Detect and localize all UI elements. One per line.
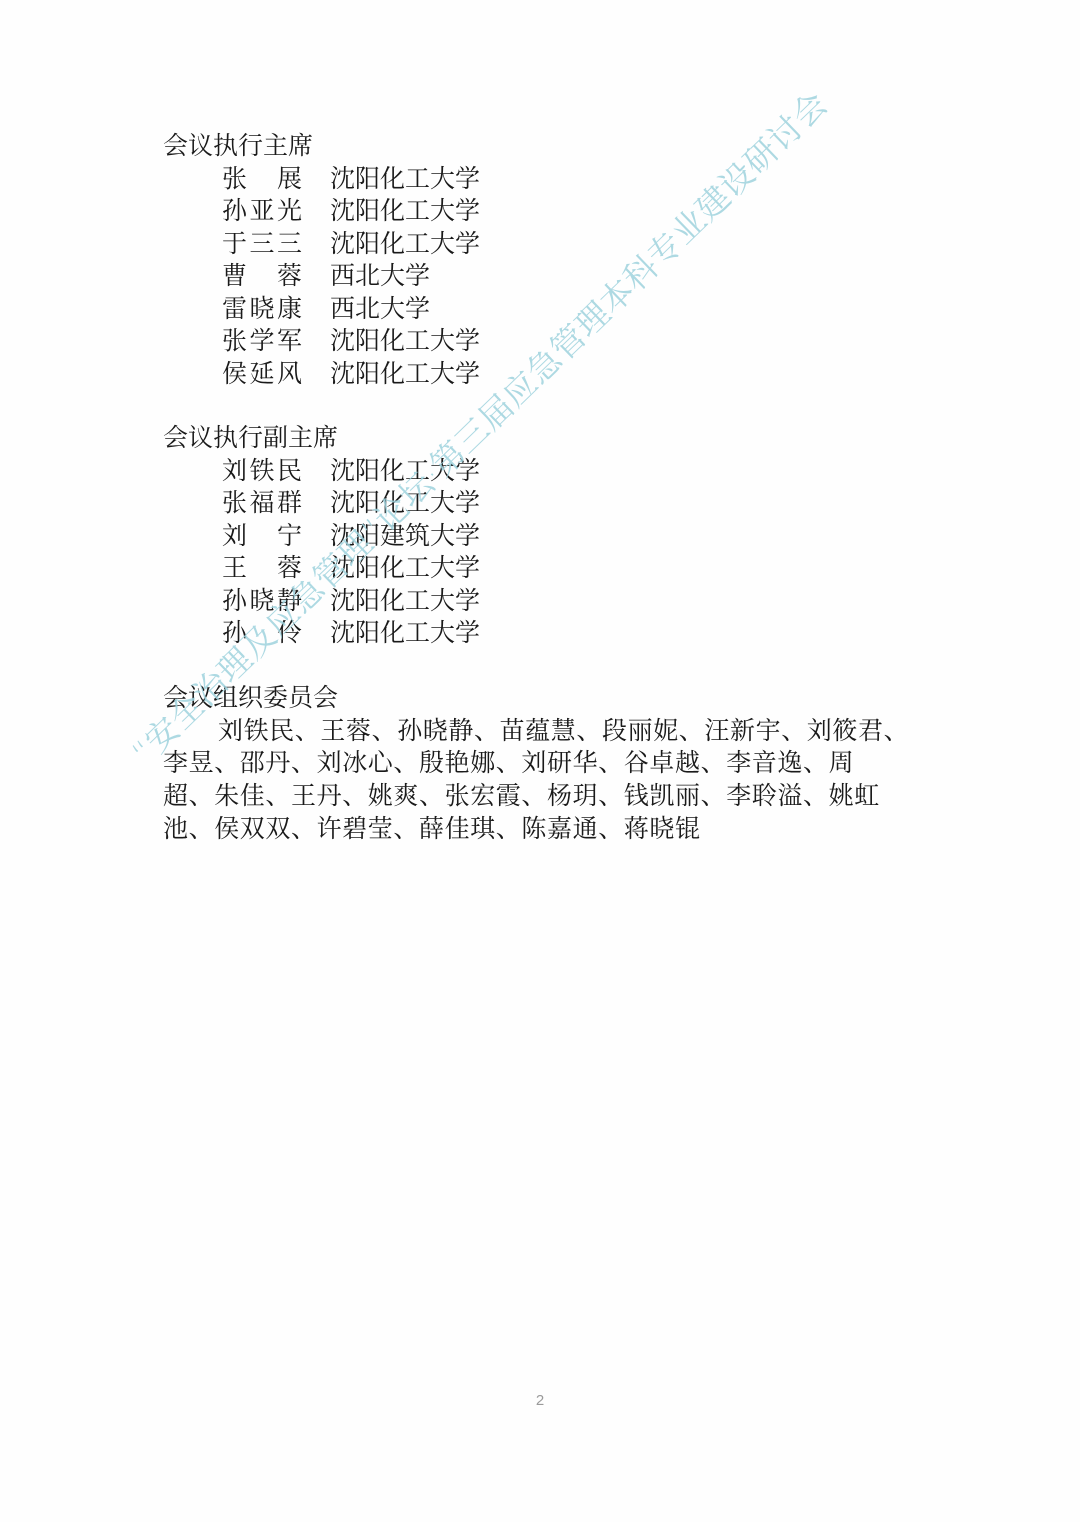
page-number: 2: [0, 1392, 1080, 1409]
member-name: 王蓉: [222, 552, 302, 585]
executive-chairs-section: 会议执行主席 张展沈阳化工大学孙亚光沈阳化工大学于三三沈阳化工大学曹蓉西北大学雷…: [163, 130, 943, 390]
member-name: 孙伶: [222, 617, 302, 650]
member-name: 孙亚光: [222, 195, 302, 228]
member-row: 雷晓康西北大学: [163, 293, 943, 326]
member-name: 张学军: [222, 325, 302, 358]
member-affiliation: 沈阳化工大学: [330, 617, 480, 650]
section-heading: 会议执行主席: [163, 130, 943, 163]
member-row: 刘铁民沈阳化工大学: [163, 455, 943, 488]
member-affiliation: 沈阳建筑大学: [330, 520, 480, 553]
member-affiliation: 沈阳化工大学: [330, 455, 480, 488]
member-name: 于三三: [222, 228, 302, 261]
member-affiliation: 沈阳化工大学: [330, 228, 480, 261]
member-row: 侯延风沈阳化工大学: [163, 358, 943, 391]
member-affiliation: 沈阳化工大学: [330, 195, 480, 228]
member-row: 张福群沈阳化工大学: [163, 487, 943, 520]
member-affiliation: 西北大学: [330, 260, 430, 293]
member-name: 张福群: [222, 487, 302, 520]
member-row: 张展沈阳化工大学: [163, 163, 943, 196]
member-list: 张展沈阳化工大学孙亚光沈阳化工大学于三三沈阳化工大学曹蓉西北大学雷晓康西北大学张…: [163, 163, 943, 391]
member-name: 刘铁民: [222, 455, 302, 488]
document-page: 会议执行主席 张展沈阳化工大学孙亚光沈阳化工大学于三三沈阳化工大学曹蓉西北大学雷…: [0, 0, 1080, 1522]
member-row: 曹蓉西北大学: [163, 260, 943, 293]
section-heading: 会议组织委员会: [163, 682, 943, 715]
member-row: 王蓉沈阳化工大学: [163, 552, 943, 585]
member-affiliation: 西北大学: [330, 293, 430, 326]
member-row: 张学军沈阳化工大学: [163, 325, 943, 358]
member-affiliation: 沈阳化工大学: [330, 585, 480, 618]
member-affiliation: 沈阳化工大学: [330, 163, 480, 196]
member-affiliation: 沈阳化工大学: [330, 325, 480, 358]
organizing-committee-section: 会议组织委员会 刘铁民、王蓉、孙晓静、苗蕴慧、段丽妮、汪新宇、刘筱君、李昱、邵丹…: [163, 682, 943, 845]
member-row: 孙晓静沈阳化工大学: [163, 585, 943, 618]
member-affiliation: 沈阳化工大学: [330, 552, 480, 585]
member-name: 张展: [222, 163, 302, 196]
executive-vice-chairs-section: 会议执行副主席 刘铁民沈阳化工大学张福群沈阳化工大学刘宁沈阳建筑大学王蓉沈阳化工…: [163, 422, 943, 650]
member-list: 刘铁民沈阳化工大学张福群沈阳化工大学刘宁沈阳建筑大学王蓉沈阳化工大学孙晓静沈阳化…: [163, 455, 943, 650]
section-heading: 会议执行副主席: [163, 422, 943, 455]
member-name: 曹蓉: [222, 260, 302, 293]
member-row: 孙伶沈阳化工大学: [163, 617, 943, 650]
member-affiliation: 沈阳化工大学: [330, 358, 480, 391]
member-affiliation: 沈阳化工大学: [330, 487, 480, 520]
member-row: 于三三沈阳化工大学: [163, 228, 943, 261]
member-row: 刘宁沈阳建筑大学: [163, 520, 943, 553]
member-name: 孙晓静: [222, 585, 302, 618]
member-name: 雷晓康: [222, 293, 302, 326]
member-name: 刘宁: [222, 520, 302, 553]
committee-members-text: 刘铁民、王蓉、孙晓静、苗蕴慧、段丽妮、汪新宇、刘筱君、李昱、邵丹、刘冰心、殷艳娜…: [163, 715, 923, 846]
member-name: 侯延风: [222, 358, 302, 391]
member-row: 孙亚光沈阳化工大学: [163, 195, 943, 228]
